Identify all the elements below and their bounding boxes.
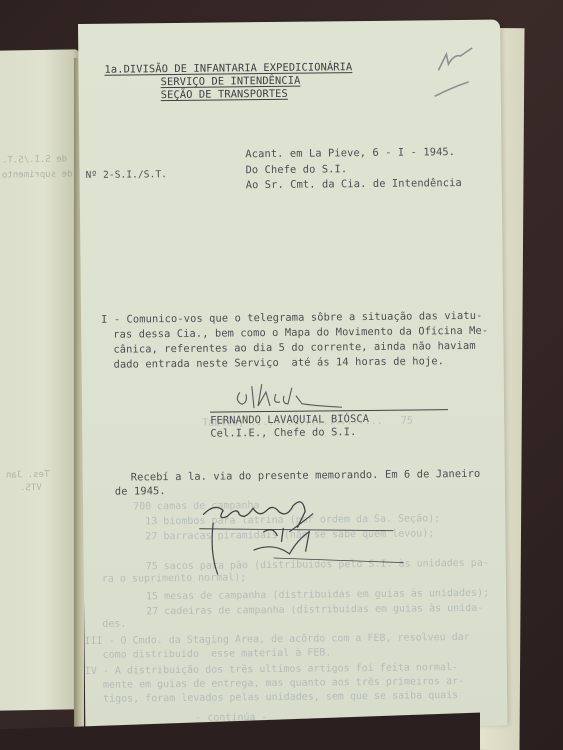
receipt-line: Recebí a la. via do presente memorando. … xyxy=(131,468,481,484)
signature-receipt xyxy=(193,491,414,583)
signatory-name: FERNANDO LAVAQUIAL BIÓSCA xyxy=(210,413,369,427)
signature-biosca xyxy=(232,381,382,413)
header-service: SERVIÇO DE INTENDÊNCIA xyxy=(161,75,301,88)
body-line: ras dessa Cia., bem como o Mapa do Movim… xyxy=(113,325,488,341)
pencil-folio-mark xyxy=(420,34,491,105)
left-page-bleed-text: de suprimento xyxy=(2,169,72,180)
reference-number: Nº 2-S.I./S.T. xyxy=(86,169,168,181)
body-line: dado entrada neste Serviço até ás 14 hor… xyxy=(114,355,445,370)
left-page-bleed-text: VTS. xyxy=(20,483,42,493)
left-page-bleed-text: de S.I./S.T. xyxy=(2,154,67,165)
bleed-line: tigos, foram levados pelas unidades, sem… xyxy=(103,690,458,705)
to-line: Ao Sr. Cmt. da Cia. de Intendência xyxy=(246,177,462,191)
bleed-line: 27 cadeiras de campanha (distribuidas em… xyxy=(146,603,483,618)
memo-page: Tables, ...................... 75 700 ca… xyxy=(78,20,507,730)
bleed-line: IV - A distribuição dos três ultimos art… xyxy=(85,662,458,677)
from-line: Do Chefe do S.I. xyxy=(245,163,347,176)
header-division: 1a.DIVISÃO DE INFANTARIA EXPEDICIONÁRIA xyxy=(104,61,352,76)
body-line: I - Comunico-vos que o telegrama sôbre a… xyxy=(101,310,482,326)
bleed-line: III - O Cmdo. da Staging Area, de acôrdo… xyxy=(84,632,469,647)
left-page-bleed-text: Tes. Jan xyxy=(6,470,49,481)
header-section: SEÇÃO DE TRANSPORTES xyxy=(161,88,288,101)
body-line: cânica, referentes ao dia 5 do corrente,… xyxy=(113,340,475,356)
bleed-line: como distribuido esse material à FEB. xyxy=(103,647,332,660)
signatory-title: Cel.I.E., Chefe do S.I. xyxy=(210,426,356,440)
left-facing-page: de S.I./S.T. de suprimento Tes. Jan VTS. xyxy=(0,49,80,711)
receipt-line: de 1945. xyxy=(115,485,166,498)
place-date: Acant. em La Pieve, 6 - I - 1945. xyxy=(245,146,455,160)
bleed-line: 15 mesas de campanha (distribuidas em gu… xyxy=(146,588,489,603)
table-surface xyxy=(0,712,480,750)
bleed-line: mente em guias de entrega, mas quanto ao… xyxy=(103,676,464,691)
bleed-line: des. xyxy=(102,619,126,630)
